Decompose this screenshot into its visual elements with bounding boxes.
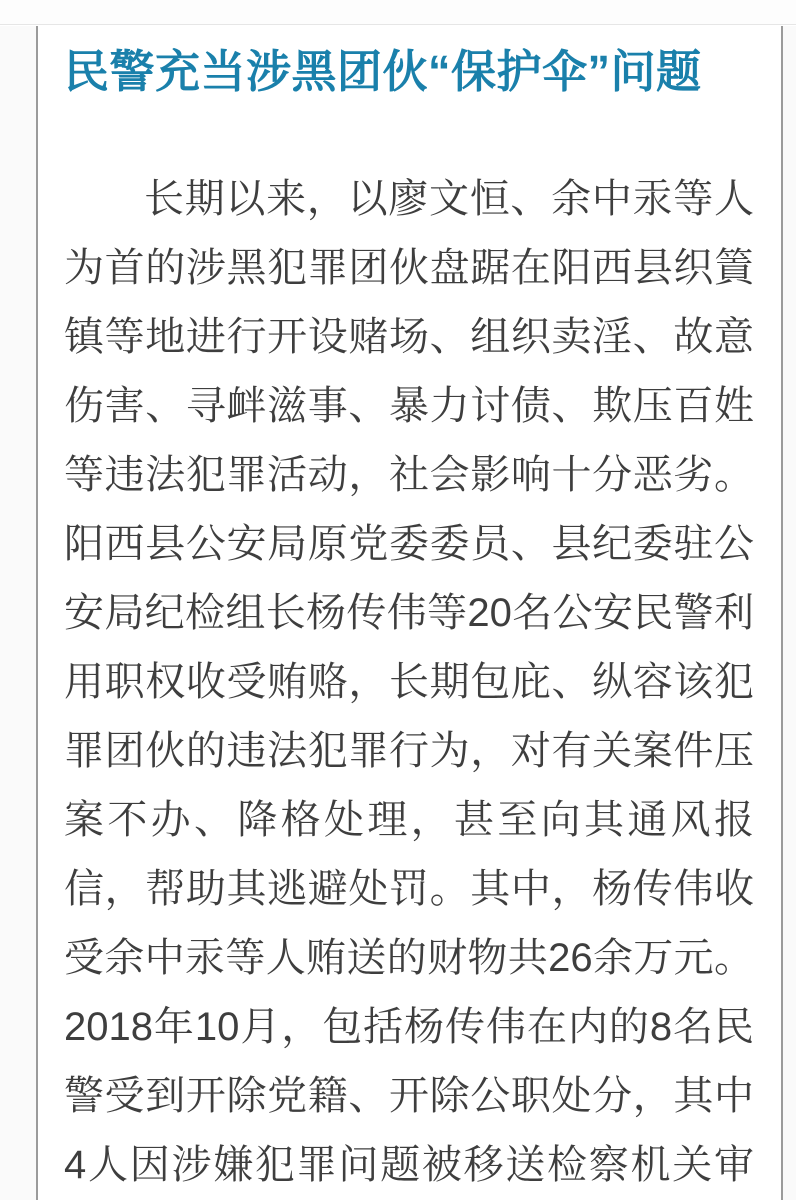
text-line: 警受到开除党籍、开除公职处分，其中 <box>64 1062 754 1131</box>
text-line: 等违法犯罪活动，社会影响十分恶劣。 <box>64 441 754 510</box>
text-line: 长期以来，以廖文恒、余中汞等人 <box>64 165 754 234</box>
article-title: 民警充当涉黑团伙“保护伞”问题 <box>64 48 754 96</box>
text-line: 安局纪检组长杨传伟等20名公安民警利 <box>64 579 754 648</box>
top-bar <box>0 0 796 25</box>
text-line: 用职权收受贿赂，长期包庇、纵容该犯 <box>64 648 754 717</box>
text-line: 罪团伙的违法犯罪行为，对有关案件压 <box>64 717 754 786</box>
text-line: 信，帮助其逃避处罚。其中，杨传伟收 <box>64 855 754 924</box>
page-margin-left <box>0 26 36 1200</box>
text-line: 案不办、降格处理，甚至向其通风报 <box>64 786 754 855</box>
text-line: 2018年10月，包括杨传伟在内的8名民 <box>64 993 754 1062</box>
text-line: 阳西县公安局原党委委员、县纪委驻公 <box>64 510 754 579</box>
text-line: 镇等地进行开设赌场、组织卖淫、故意 <box>64 303 754 372</box>
screenshot-root: 民警充当涉黑团伙“保护伞”问题 长期以来，以廖文恒、余中汞等人为首的涉黑犯罪团伙… <box>0 0 796 1200</box>
page-margin-right <box>783 26 796 1200</box>
article-page: 民警充当涉黑团伙“保护伞”问题 长期以来，以廖文恒、余中汞等人为首的涉黑犯罪团伙… <box>38 26 781 1200</box>
article-body: 长期以来，以廖文恒、余中汞等人为首的涉黑犯罪团伙盘踞在阳西县织篢镇等地进行开设赌… <box>64 165 754 1200</box>
text-line: 受余中汞等人贿送的财物共26余万元。 <box>64 924 754 993</box>
text-line: 为首的涉黑犯罪团伙盘踞在阳西县织篢 <box>64 234 754 303</box>
text-line: 4人因涉嫌犯罪问题被移送检察机关审 <box>64 1131 754 1200</box>
page-border-right <box>781 26 783 1200</box>
text-line: 伤害、寻衅滋事、暴力讨债、欺压百姓 <box>64 372 754 441</box>
